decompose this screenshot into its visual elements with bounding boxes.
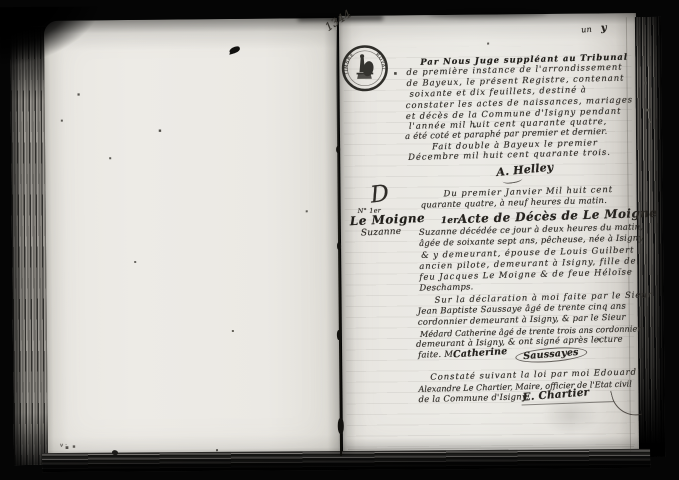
stamp-right-text: ROYAL [374, 52, 386, 72]
binding-stitch [337, 330, 341, 340]
folio-paraph: y [601, 23, 608, 34]
binding-stitch [337, 418, 343, 434]
binding-stitch [336, 146, 340, 153]
margin-initial-d: D [369, 181, 390, 209]
register-scan-scene: v · TIMBRE ROYAL 1344 un y D N° 1er Le M… [0, 0, 679, 480]
folio-annotation: un y [580, 16, 607, 37]
svg-text:TIMBRE: TIMBRE [343, 52, 355, 76]
act-closing-words: faite. M. [418, 350, 456, 361]
folio-word: un [581, 25, 592, 35]
act-body-line: Deschamps. [419, 282, 473, 293]
timbre-royal-stamp: TIMBRE ROYAL [340, 44, 389, 93]
stamp-allegorical-figure [356, 54, 375, 79]
stamp-left-text: TIMBRE [343, 52, 355, 76]
margin-firstname: Suzanne [361, 227, 402, 239]
svg-text:ROYAL: ROYAL [374, 52, 386, 72]
scan-shadow-top-left [0, 6, 171, 123]
bottom-left-pencil-mark: v · [60, 443, 67, 449]
ink-blot [112, 450, 119, 455]
binding-stitch [337, 242, 341, 250]
